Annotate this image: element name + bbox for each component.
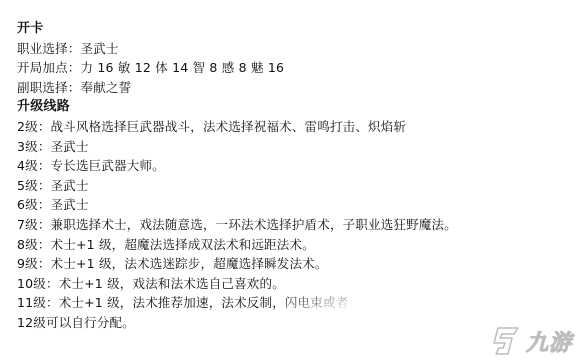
watermark: 九游 — [276, 274, 576, 364]
level-line-9: 9级：术士+1 级，法术选迷踪步，超魔选择瞬发法术。 — [17, 254, 572, 274]
section-heading-open: 开卡 — [17, 19, 572, 39]
class-choice-line: 职业选择：圣武士 — [17, 39, 572, 59]
level-line-6: 6级：圣武士 — [17, 195, 572, 215]
level-line-5: 5级：圣武士 — [17, 176, 572, 196]
level-line-3: 3级：圣武士 — [17, 137, 572, 157]
watermark-logo: 九游 — [488, 324, 572, 358]
level-line-4: 4级：专长选巨武器大师。 — [17, 156, 572, 176]
level-line-8: 8级：术士+1 级，超魔法选择成双法术和远距法术。 — [17, 235, 572, 255]
subclass-choice-line: 副职选择：奉献之誓 — [17, 78, 572, 98]
section-heading-levels: 升级线路 — [17, 97, 572, 117]
watermark-text: 九游 — [526, 326, 572, 357]
level-line-7: 7级：兼职选择术士，戏法随意选，一环法术选择护盾术，子职业选狂野魔法。 — [17, 215, 572, 235]
level-line-2: 2级：战斗风格选择巨武器战斗，法术选择祝福术、雷鸣打击、炽焰斩 — [17, 117, 572, 137]
stat-allocation-line: 开局加点：力 16 敏 12 体 14 智 8 感 8 魅 16 — [17, 58, 572, 78]
jiuyou-logo-icon — [488, 324, 522, 358]
